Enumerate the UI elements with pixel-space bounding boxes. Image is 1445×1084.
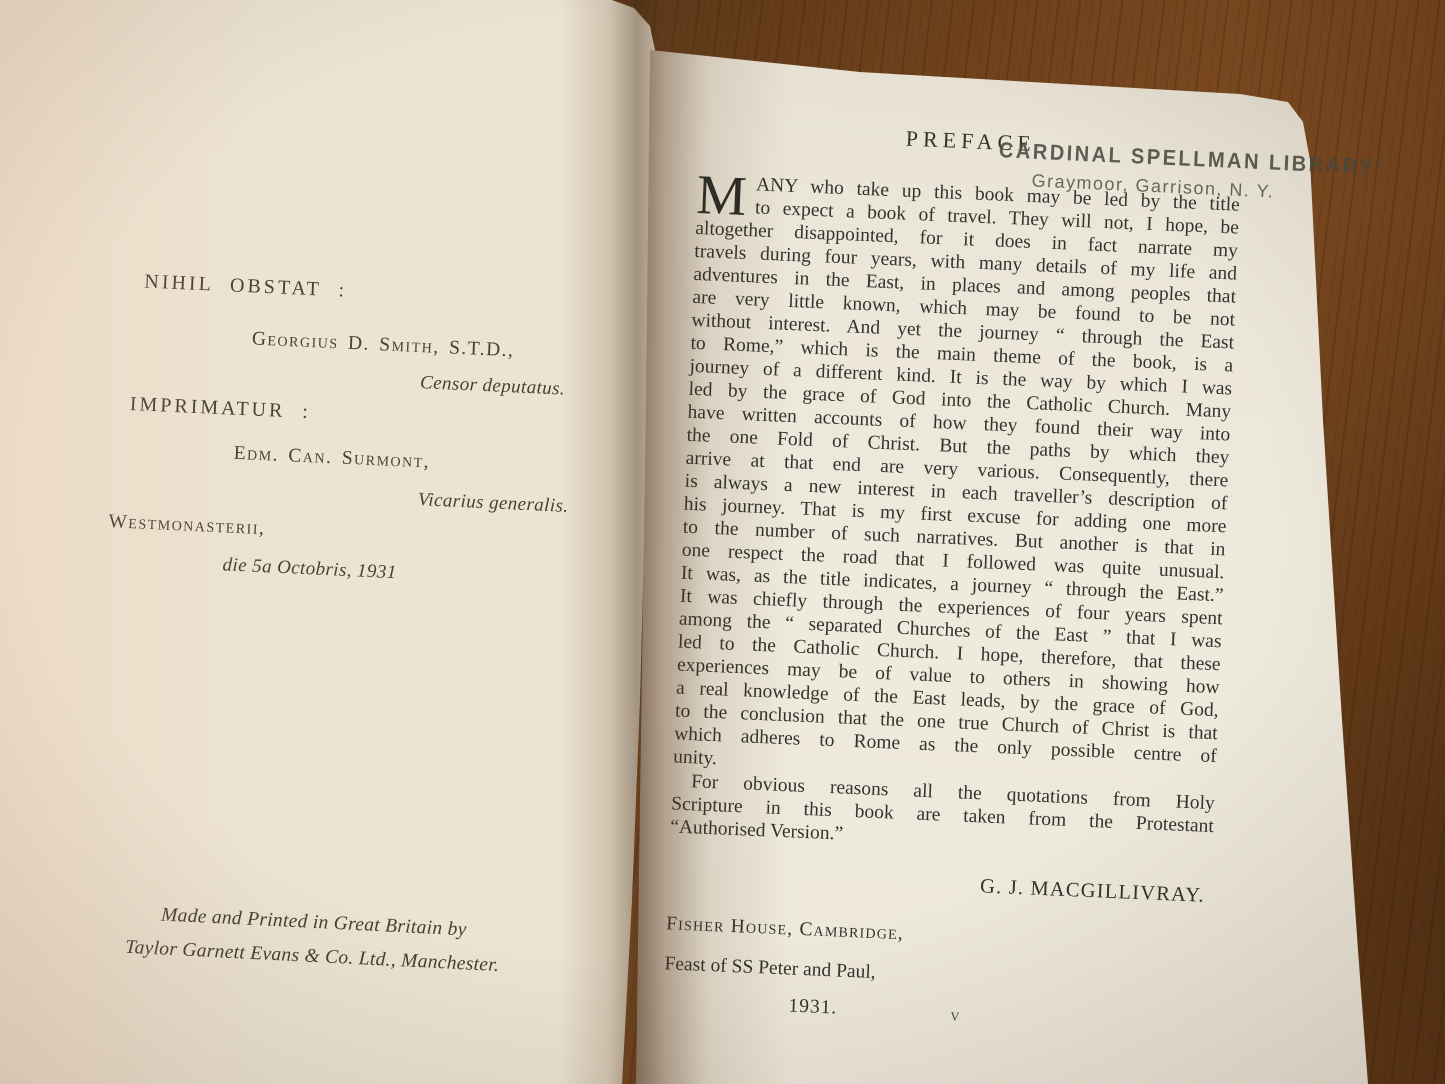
- place-line: Westmonasterii,: [108, 511, 598, 555]
- book-photo: NIHIL OBSTAT : Georgius D. Smith, S.T.D.…: [0, 0, 1445, 1084]
- vicar-name: Edm. Can. Surmont,: [233, 443, 602, 482]
- vicar-role: Vicarius generalis.: [417, 489, 600, 519]
- preface-page-content: PREFACE CARDINAL SPELLMAN LIBRARY2 Graym…: [663, 118, 1243, 1035]
- colophon-place: Fisher House, Cambridge,: [666, 912, 1209, 958]
- censor-name: Georgius D. Smith, S.T.D.,: [251, 328, 607, 366]
- page-number: v: [950, 1003, 960, 1026]
- author-signature: G. J. MACGILLIVRAY.: [668, 862, 1211, 908]
- preface-body: M ANY who take up this book may be led b…: [663, 171, 1241, 1035]
- stamp-mark: 2: [1376, 154, 1386, 169]
- colophon-feast: Feast of SS Peter and Paul,: [664, 952, 1207, 998]
- preface-paragraph-1: ANY who take up this book may be led by …: [673, 171, 1241, 791]
- drop-cap: M: [696, 171, 757, 219]
- imprimatur-block: NIHIL OBSTAT : Georgius D. Smith, S.T.D.…: [76, 268, 609, 593]
- imprimatur-label: IMPRIMATUR :: [129, 393, 604, 437]
- censor-role: Censor deputatus.: [420, 372, 606, 402]
